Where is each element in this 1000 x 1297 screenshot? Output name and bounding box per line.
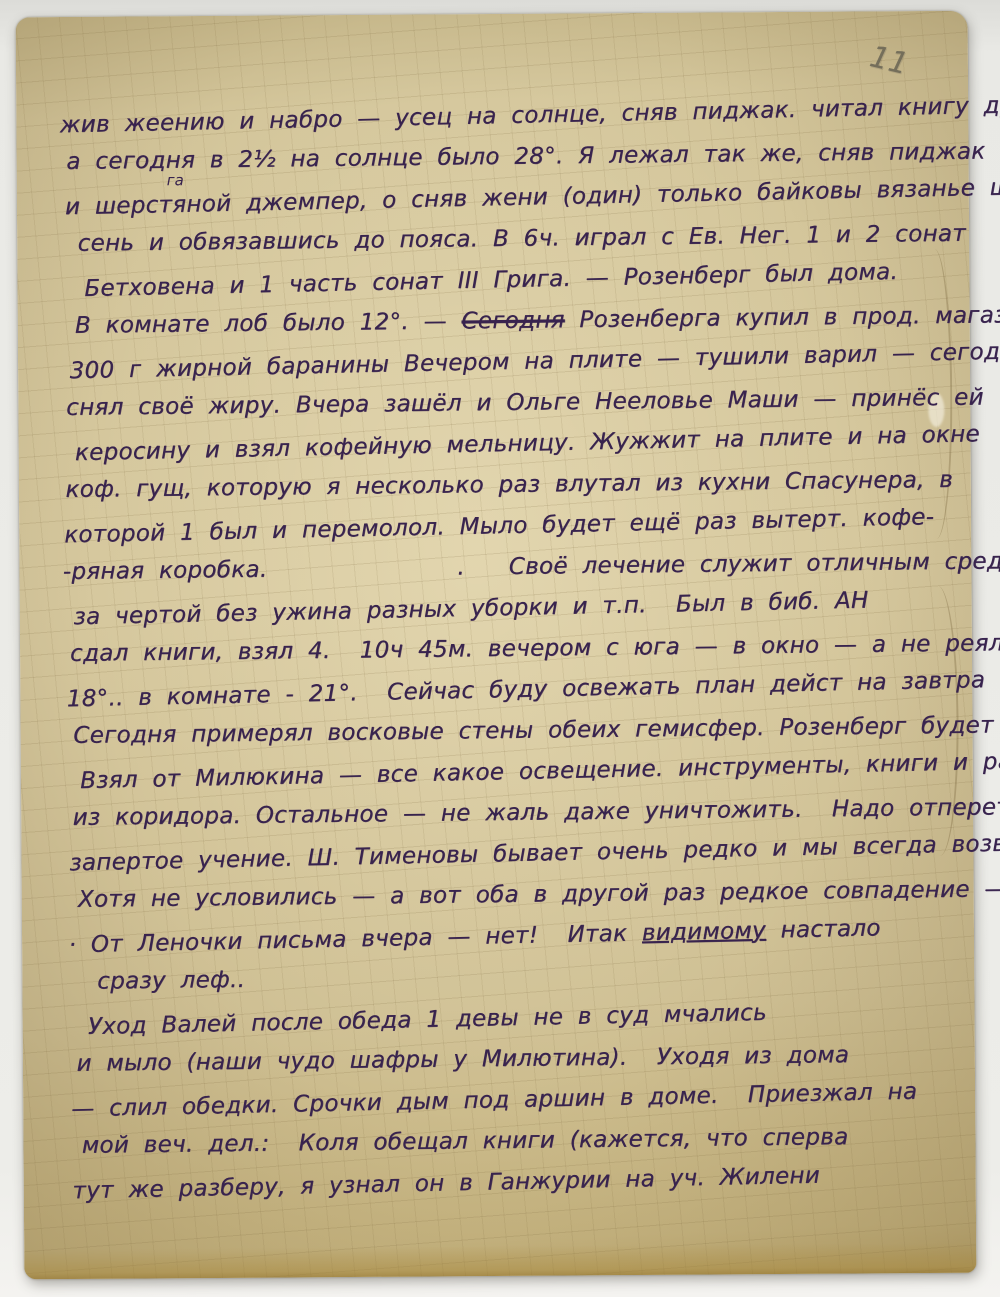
handwritten-text-block: жив жеению и набро — усец на солнце, сня… — [55, 89, 984, 1210]
photo-of-manuscript: 11 га жив жеению и набро — усец на солнц… — [0, 0, 1000, 1297]
underlined-word: видимому — [642, 918, 767, 947]
manuscript-page: 11 га жив жеению и набро — усец на солнц… — [16, 11, 977, 1280]
page-bottom-edge — [24, 1243, 976, 1280]
crossed-out-word: Сегодня — [461, 307, 565, 334]
